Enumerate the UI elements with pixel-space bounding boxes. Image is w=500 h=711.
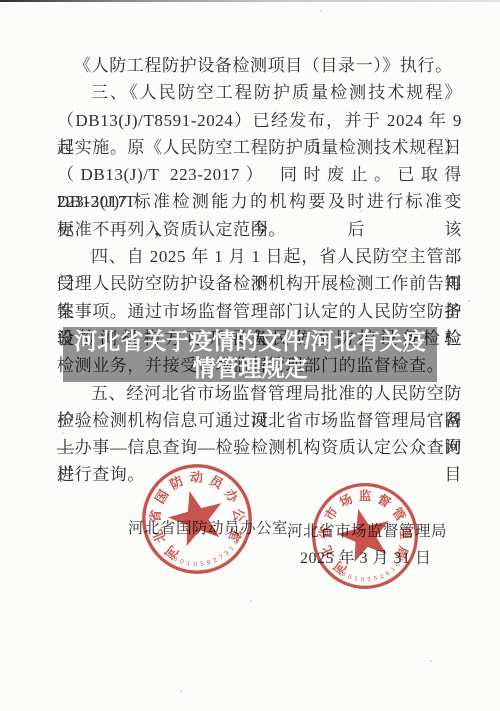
text-line: 上办事—信息查询—检验检测机构资质认定公众查询栏目 [57, 434, 462, 461]
svg-text:省: 省 [148, 509, 164, 523]
svg-text:1: 1 [353, 576, 358, 583]
document-body: 《人防工程防护设备检测项目（目录一）》执行。三、《人民防空工程防护质量检测技术规… [57, 52, 462, 489]
svg-text:北: 北 [150, 527, 169, 545]
svg-text:0: 0 [193, 561, 197, 568]
overlay-title-line-1: 河北省关于疫情的文件/河北有关疫 [74, 328, 425, 355]
svg-text:场: 场 [337, 491, 356, 510]
svg-text:动: 动 [190, 470, 203, 485]
svg-text:5: 5 [367, 577, 372, 583]
text-line: 检验检测机构信息可通过河北省市场监督管理局官网—网 [57, 407, 462, 434]
svg-text:北: 北 [319, 543, 337, 561]
svg-text:5: 5 [200, 561, 205, 568]
scanned-document-page: 《人防工程防护设备检测项目（目录一）》执行。三、《人民防空工程防护质量检测技术规… [0, 0, 500, 711]
svg-text:督: 督 [375, 491, 394, 510]
svg-text:7: 7 [218, 553, 225, 561]
svg-text:监: 监 [359, 488, 372, 503]
svg-text:国: 国 [152, 487, 172, 506]
text-line: 三、《人民防空工程防护质量检测技术规程》 [57, 79, 462, 106]
text-line: 起实施。原《人民防空工程防护质量检测技术规程》 [57, 134, 462, 161]
svg-text:公: 公 [230, 508, 246, 523]
star-icon [163, 484, 230, 549]
svg-text:5: 5 [373, 576, 378, 583]
svg-text:0: 0 [347, 574, 353, 581]
text-line: 223-2017 标准检测能力的机构要及时进行标准变更，今后该 [57, 188, 462, 215]
svg-text:0: 0 [361, 577, 365, 583]
svg-text:1: 1 [186, 560, 191, 568]
svg-text:3: 3 [223, 549, 231, 557]
scan-edge-artifact [0, 0, 500, 2]
svg-text:办: 办 [222, 486, 242, 506]
title-overlay-banner: 河北省关于疫情的文件/河北有关疫 情管理规定 [63, 327, 437, 382]
text-line: 《人防工程防护设备检测项目（目录一）》执行。 [57, 52, 462, 79]
svg-text:9: 9 [206, 559, 212, 567]
svg-text:0: 0 [179, 558, 185, 566]
text-line: 案事项。通过市场监督管理部门认定的人民防空防护设备检 [57, 298, 462, 325]
svg-text:员: 员 [207, 472, 226, 492]
svg-text:2: 2 [212, 557, 218, 565]
svg-text:理: 理 [397, 526, 412, 540]
overlay-title-line-2: 情管理规定 [193, 355, 308, 382]
text-line: 五、经河北省市场监督管理局批准的人民防空防护设备 [57, 380, 462, 407]
text-line: 受理人民防空防护设备检测机构开展检测工作前告知性备 [57, 270, 462, 297]
svg-text:省: 省 [317, 525, 333, 539]
text-line: （DB13(J)/T 223-2017） 同时废止。已取得 DB13(J)/T [57, 161, 462, 188]
text-line: 四、自 2025 年 1 月 1 日起，省人民防空主管部门不再 [57, 243, 462, 270]
svg-text:1: 1 [390, 566, 397, 573]
svg-text:防: 防 [167, 473, 186, 492]
svg-text:0: 0 [395, 562, 402, 569]
scan-noise-speckles [0, 0, 2, 2]
svg-text:6: 6 [385, 570, 392, 577]
star-icon [332, 502, 396, 564]
svg-text:2: 2 [379, 573, 385, 580]
svg-text:1: 1 [228, 545, 236, 553]
text-line: （DB13(J)/T8591-2024）已经发布，并于 2024 年 9 月 1… [57, 107, 462, 134]
